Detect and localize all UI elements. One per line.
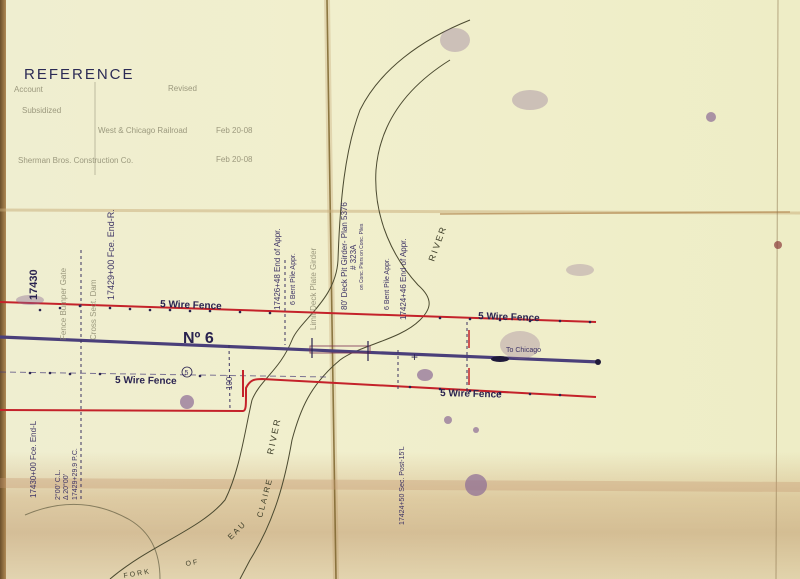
label-to-chicago: To Chicago <box>506 347 541 354</box>
label-faded-cross-sect: Cross Sect. Dam <box>89 279 98 340</box>
label-faded-girder-limit: Limit Deck Plate Girder <box>309 247 318 330</box>
label-fence-mid-left: 5 Wire Fence <box>115 375 177 387</box>
fence-bottom <box>0 379 596 411</box>
label-river-upper: RIVER <box>426 224 448 263</box>
drawing-labels: 5 Wire Fence 5 Wire Fence 5 Wire Fence 5… <box>28 202 541 579</box>
reference-line: Feb 20-08 <box>216 155 253 164</box>
label-dimension-100: 100' <box>225 375 234 390</box>
label-eau: EAU <box>226 519 248 541</box>
svg-text:+: + <box>411 350 418 364</box>
label-fence-top: 5 Wire Fence <box>160 299 222 312</box>
circled-number: 5 <box>185 370 189 377</box>
track-plan-drawing: REFERENCE Account Revised Subsidized Wes… <box>0 0 800 579</box>
label-fence-top-right: 5 Wire Fence <box>478 311 540 324</box>
label-girder-piers: on Conc. Piers on Conc. Piles <box>359 223 365 290</box>
reference-line: Sherman Bros. Construction Co. <box>18 156 133 165</box>
reference-line: Revised <box>168 84 197 93</box>
label-bent-pile-east: 6 Bent Pile Appr. <box>384 258 391 310</box>
label-curve-cl: 2°00' C.L. <box>54 469 62 500</box>
scanned-drawing-sheet: REFERENCE Account Revised Subsidized Wes… <box>0 0 800 579</box>
label-fence-end-r: 17429+00 Fce. End-R. <box>106 209 116 300</box>
label-curve-delta: Δ 20°00' <box>62 474 70 500</box>
label-girder: 80' Deck Pit Girder- Plan 5376 <box>340 202 349 310</box>
label-fork: FORK <box>123 568 151 579</box>
label-river-lower: RIVER <box>265 417 283 456</box>
label-of: OF <box>185 559 200 568</box>
reference-line: Feb 20-08 <box>216 126 253 135</box>
reference-block: REFERENCE Account Revised Subsidized Wes… <box>14 66 253 175</box>
reference-line: West & Chicago Railroad <box>98 126 187 135</box>
track-end-marker <box>595 359 601 365</box>
label-end-appr-east: 17424+46 End of Appr. <box>399 238 408 320</box>
bridge-number: Nº 6 <box>183 330 214 347</box>
label-station-17430: 17430 <box>28 269 40 300</box>
direction-arrow-icon <box>491 356 509 362</box>
reference-line: Subsidized <box>22 106 61 115</box>
label-sec-post: 17424+50 Sec. Post-15'L <box>399 446 406 525</box>
label-bent-pile-west: 6 Bent Pile Appr. <box>290 253 297 305</box>
label-fence-bottom-right: 5 Wire Fence <box>440 388 502 401</box>
reference-line: Account <box>14 85 44 94</box>
label-end-appr-west: 17426+48 End of Appr. <box>273 228 282 310</box>
label-curve-pc: 17429+29.9 P.C. <box>72 448 79 500</box>
label-fence-end-l: 17430+00 Fce. End-L <box>29 420 38 498</box>
label-girder-number: # 323A <box>349 244 358 270</box>
label-faded-fence-gate: Fence Bumper Gate <box>59 267 68 340</box>
reference-title: REFERENCE <box>24 66 135 83</box>
